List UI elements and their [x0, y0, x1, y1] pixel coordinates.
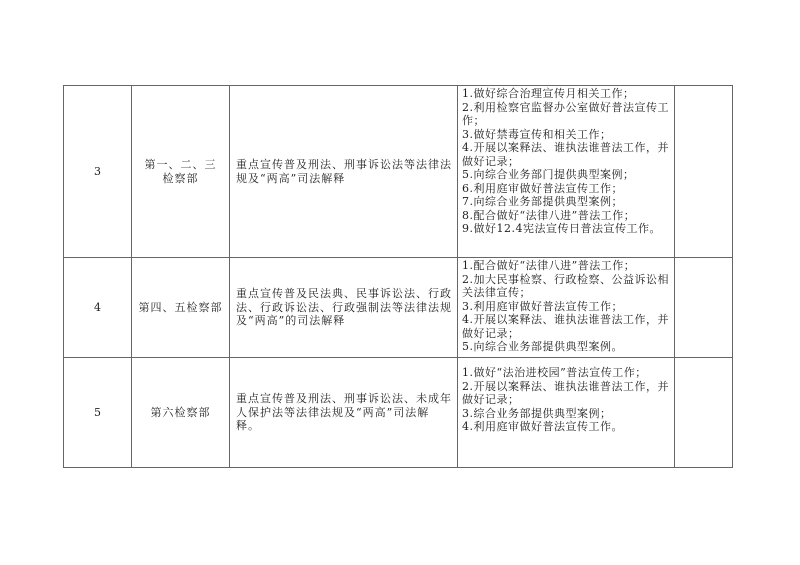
- row-number: 4: [64, 258, 132, 358]
- department-line: 检察部: [163, 172, 199, 185]
- department-cell: 第一、二、三 检察部: [132, 86, 230, 258]
- focus-cell: 重点宣传普及刑法、刑事诉讼法、未成年人保护法等法律法规及“两高”司法解释。: [230, 358, 458, 468]
- department-cell: 第四、五检察部: [132, 258, 230, 358]
- note-cell: [675, 258, 733, 358]
- focus-cell: 重点宣传普及民法典、民事诉讼法、行政法、行政诉讼法、行政强制法等法律法规及“两高…: [230, 258, 458, 358]
- tasks-cell: 1.做好“法治进校园”普法宣传工作； 2.开展以案释法、谁执法谁普法工作，并做好…: [458, 358, 675, 468]
- department-line: 第六检察部: [151, 406, 211, 419]
- task-item: 2.加大民事检察、行政检察、公益诉讼相关法律宣传；: [462, 273, 670, 300]
- tasks-cell: 1.配合做好“法律八进”普法工作； 2.加大民事检察、行政检察、公益诉讼相关法律…: [458, 258, 675, 358]
- task-item: 2.利用检察官监督办公室做好普法宣传工作；: [462, 101, 670, 128]
- task-item: 4.开展以案释法、谁执法谁普法工作，并做好记录；: [462, 313, 670, 340]
- task-item: 5.向综合业务部提供典型案例。: [462, 340, 670, 354]
- row-number: 3: [64, 86, 132, 258]
- table-row: 4 第四、五检察部 重点宣传普及民法典、民事诉讼法、行政法、行政诉讼法、行政强制…: [64, 258, 733, 358]
- task-item: 5.向综合业务部门提供典型案例；: [462, 168, 670, 182]
- task-item: 3.做好禁毒宣传和相关工作；: [462, 128, 670, 142]
- table-row: 5 第六检察部 重点宣传普及刑法、刑事诉讼法、未成年人保护法等法律法规及“两高”…: [64, 358, 733, 468]
- task-item: 6.利用庭审做好普法宣传工作；: [462, 182, 670, 196]
- task-item: 2.开展以案释法、谁执法谁普法工作，并做好记录；: [462, 380, 670, 407]
- table-row: 3 第一、二、三 检察部 重点宣传普及刑法、刑事诉讼法等法律法规及“两高”司法解…: [64, 86, 733, 258]
- task-item: 7.向综合业务部提供典型案例；: [462, 195, 670, 209]
- note-cell: [675, 86, 733, 258]
- task-item: 1.配合做好“法律八进”普法工作；: [462, 259, 670, 273]
- department-cell: 第六检察部: [132, 358, 230, 468]
- tasks-cell: 1.做好综合治理宣传月相关工作； 2.利用检察官监督办公室做好普法宣传工作； 3…: [458, 86, 675, 258]
- task-item: 8.配合做好“法律八进”普法工作；: [462, 209, 670, 223]
- task-item: 1.做好综合治理宣传月相关工作；: [462, 87, 670, 101]
- note-cell: [675, 358, 733, 468]
- task-item: 4.开展以案释法、谁执法谁普法工作，并做好记录；: [462, 141, 670, 168]
- focus-cell: 重点宣传普及刑法、刑事诉讼法等法律法规及“两高”司法解释: [230, 86, 458, 258]
- row-number: 5: [64, 358, 132, 468]
- department-line: 第一、二、三: [145, 158, 217, 171]
- publicity-plan-table: 3 第一、二、三 检察部 重点宣传普及刑法、刑事诉讼法等法律法规及“两高”司法解…: [63, 85, 733, 468]
- task-item: 1.做好“法治进校园”普法宣传工作；: [462, 366, 670, 380]
- department-line: 第四、五检察部: [139, 301, 223, 314]
- task-item: 3.利用庭审做好普法宣传工作；: [462, 300, 670, 314]
- task-item: 9.做好12.4宪法宣传日普法宣传工作。: [462, 222, 670, 236]
- task-item: 3.综合业务部提供典型案例；: [462, 407, 670, 421]
- task-item: 4.利用庭审做好普法宣传工作。: [462, 420, 670, 434]
